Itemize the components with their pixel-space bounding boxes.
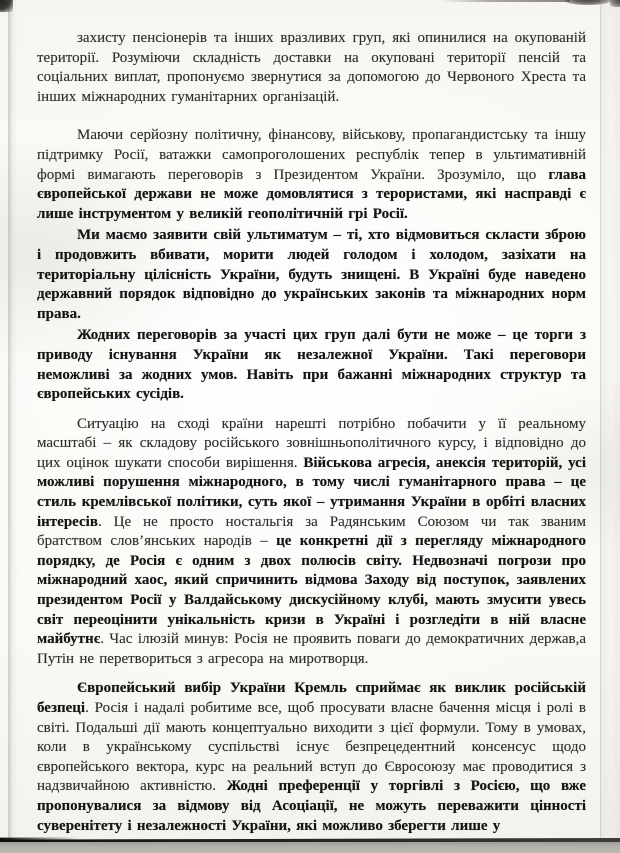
paragraph-east-situation-run-4: . Час ілюзій минув: Росія не проявить по… [37, 631, 586, 667]
scan-corner-mark-top-left [0, 0, 13, 12]
paragraph-ultimatum-form-run-0: Маючи серйозну політичну, фінансову, вій… [37, 127, 586, 182]
paragraph-our-ultimatum: Ми маємо заявити свій ультиматум – ті, х… [37, 226, 586, 324]
paragraph-no-negotiations: Жодних переговорів за участі цих груп да… [37, 326, 586, 404]
paragraph-east-situation: Ситуацію на сході країни нарешті потрібн… [37, 415, 586, 670]
scan-smudge-top-line [440, 0, 570, 2]
page-right-fold-shadow [600, 0, 620, 840]
scanned-document-page: захисту пенсіонерів та інших вразливих г… [0, 0, 620, 853]
paragraph-pensioners-run-0: захисту пенсіонерів та інших вразливих г… [37, 30, 586, 105]
paragraph-our-ultimatum-run-0: Ми маємо заявити свій ультиматум – ті, х… [37, 227, 586, 321]
paragraph-ultimatum-form: Маючи серйозну політичну, фінансову, вій… [37, 126, 586, 224]
page-left-edge-fade [8, 0, 18, 840]
paragraph-pensioners: захисту пенсіонерів та інших вразливих г… [37, 29, 586, 107]
scanner-background-bottom [0, 842, 620, 853]
document-text-block: захисту пенсіонерів та інших вразливих г… [37, 29, 586, 836]
page-left-edge-shadow [0, 0, 8, 840]
paragraph-european-choice: Європейський вибір України Кремль сприйм… [37, 679, 586, 836]
paragraph-no-negotiations-run-0: Жодних переговорів за участі цих груп да… [37, 327, 586, 402]
